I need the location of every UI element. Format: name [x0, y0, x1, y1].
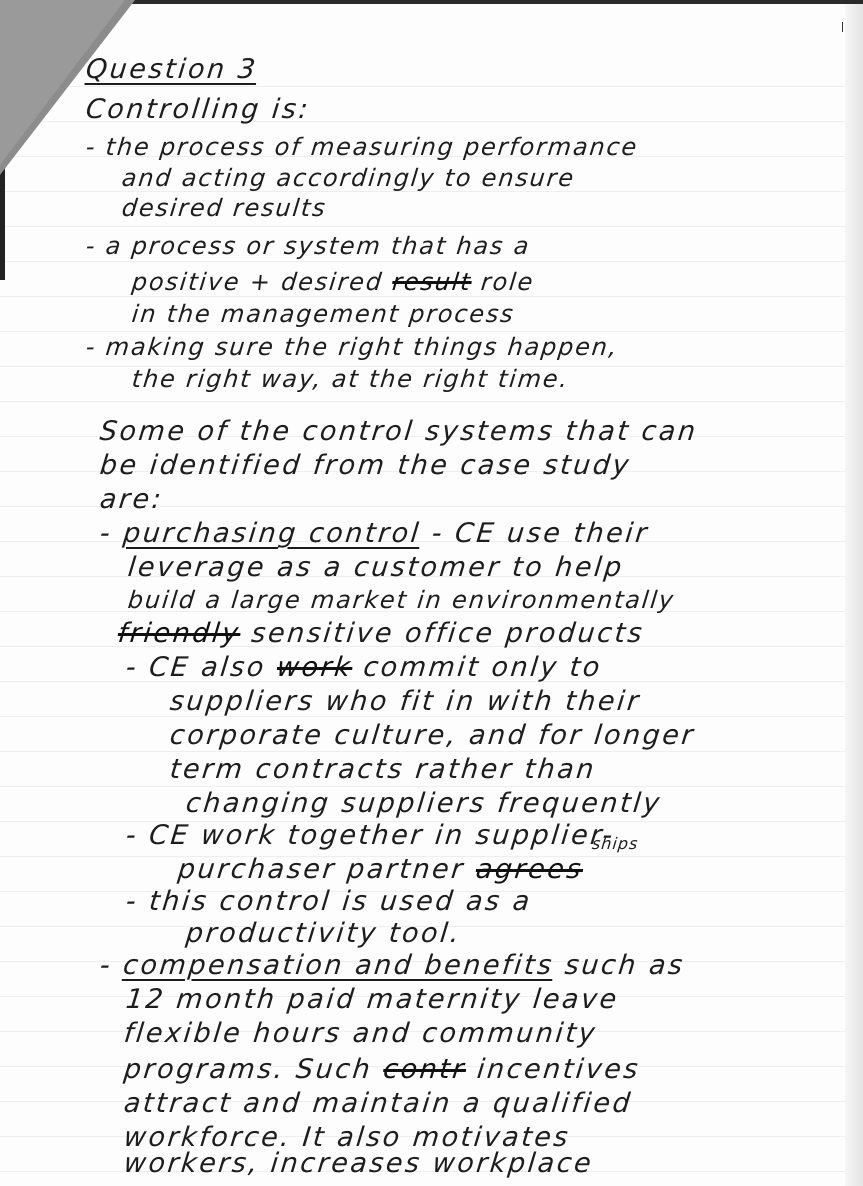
- paragraph-line: are:: [99, 486, 165, 513]
- section-line: changing suppliers frequently: [185, 790, 664, 817]
- definition-line: - a process or system that has a: [85, 234, 532, 258]
- section-line: friendly sensitive office products: [117, 620, 646, 647]
- paragraph-line: be identified from the case study: [99, 452, 633, 479]
- definition-line: - making sure the right things happen,: [85, 335, 620, 359]
- definition-line: positive + desired result role: [131, 270, 536, 294]
- section-line: purchaser partner agrees: [177, 856, 585, 883]
- definition-line: - the process of measuring performance: [85, 135, 640, 159]
- crossed-out-word: work: [275, 652, 354, 683]
- ruled-line: [0, 401, 845, 402]
- section-line: workforce. It also motivates: [123, 1124, 572, 1151]
- definition-fragment: role: [480, 268, 536, 296]
- ruled-line: [0, 296, 845, 297]
- definition-line: in the management process: [131, 302, 516, 326]
- section-text: - CE use their: [430, 518, 650, 549]
- section-text: purchaser partner: [176, 854, 466, 885]
- section-line: workers, increases workplace: [123, 1150, 595, 1177]
- section-line: corporate culture, and for longer: [169, 722, 697, 749]
- section-text: programs. Such: [122, 1054, 374, 1085]
- section-line: attract and maintain a qualified: [123, 1090, 634, 1117]
- section-text: commit only to: [362, 652, 604, 683]
- definition-line: and acting accordingly to ensure: [121, 166, 577, 190]
- section-text: incentives: [476, 1054, 642, 1085]
- ruled-line: [0, 751, 845, 752]
- ruled-line: [0, 261, 845, 262]
- section-line: - CE also work commit only to: [125, 654, 604, 681]
- section-line: flexible hours and community: [123, 1020, 599, 1047]
- section-line: term contracts rather than: [169, 756, 598, 783]
- ruled-line: [0, 331, 845, 332]
- definition-line: desired results: [121, 196, 328, 220]
- compensation-heading: compensation and benefits: [122, 950, 556, 981]
- definition-line: the right way, at the right time.: [131, 367, 571, 391]
- crossed-out-word: result: [391, 268, 473, 296]
- section-line: - purchasing control - CE use their: [99, 520, 651, 547]
- section-text: sensitive office products: [250, 618, 646, 649]
- page-marker: [842, 22, 844, 32]
- page-edge-shadow: [845, 0, 863, 1186]
- paragraph-line: Some of the control systems that can: [99, 418, 699, 445]
- definition-fragment: positive + desired: [131, 268, 385, 296]
- section-line: leverage as a customer to help: [127, 554, 626, 581]
- ruled-line: [0, 226, 845, 227]
- section-line: programs. Such contr incentives: [123, 1056, 642, 1083]
- section-line: - CE work together in supplier-: [125, 822, 617, 849]
- handwritten-page: Question 3 Controlling is: - the process…: [0, 0, 845, 1186]
- ruled-line: [0, 786, 845, 787]
- section-text: - CE also: [124, 652, 267, 683]
- section-line: build a large market in environmentally: [127, 588, 676, 612]
- folded-corner-shade: [0, 0, 125, 165]
- crossed-out-word: agrees: [474, 854, 584, 885]
- section-line: suppliers who fit in with their: [169, 688, 643, 715]
- section-text: such as: [563, 950, 686, 981]
- section-line: 12 month paid maternity leave: [125, 986, 621, 1013]
- crossed-out-word: contr: [382, 1054, 468, 1085]
- section-line: - compensation and benefits such as: [99, 952, 687, 979]
- purchasing-heading: purchasing control: [122, 518, 423, 549]
- inserted-word: ships: [591, 836, 639, 852]
- crossed-out-word: friendly: [116, 618, 242, 649]
- section-line: productivity tool.: [185, 920, 463, 947]
- section-line: - this control is used as a: [125, 888, 534, 915]
